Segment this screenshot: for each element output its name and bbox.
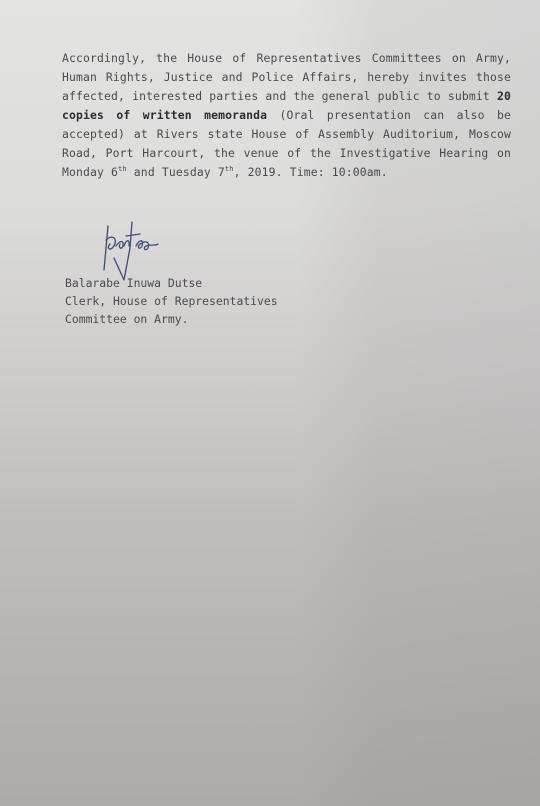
paragraph-text-3: and Tuesday 7 xyxy=(127,165,225,179)
paragraph-text-1: Accordingly, the House of Representative… xyxy=(62,51,511,103)
document-page: Accordingly, the House of Representative… xyxy=(0,0,540,806)
ordinal-suffix-7th: th xyxy=(225,165,234,173)
signatory-committee: Committee on Army. xyxy=(65,310,278,328)
signatory-title: Clerk, House of Representatives xyxy=(65,292,278,310)
paragraph-text-4: , 2019. Time: 10:00am. xyxy=(234,165,388,179)
signatory-block: Balarabe Inuwa Dutse Clerk, House of Rep… xyxy=(65,274,278,328)
signatory-name: Balarabe Inuwa Dutse xyxy=(65,274,278,292)
ordinal-suffix-6th: th xyxy=(118,165,127,173)
invitation-paragraph: Accordingly, the House of Representative… xyxy=(62,49,511,182)
